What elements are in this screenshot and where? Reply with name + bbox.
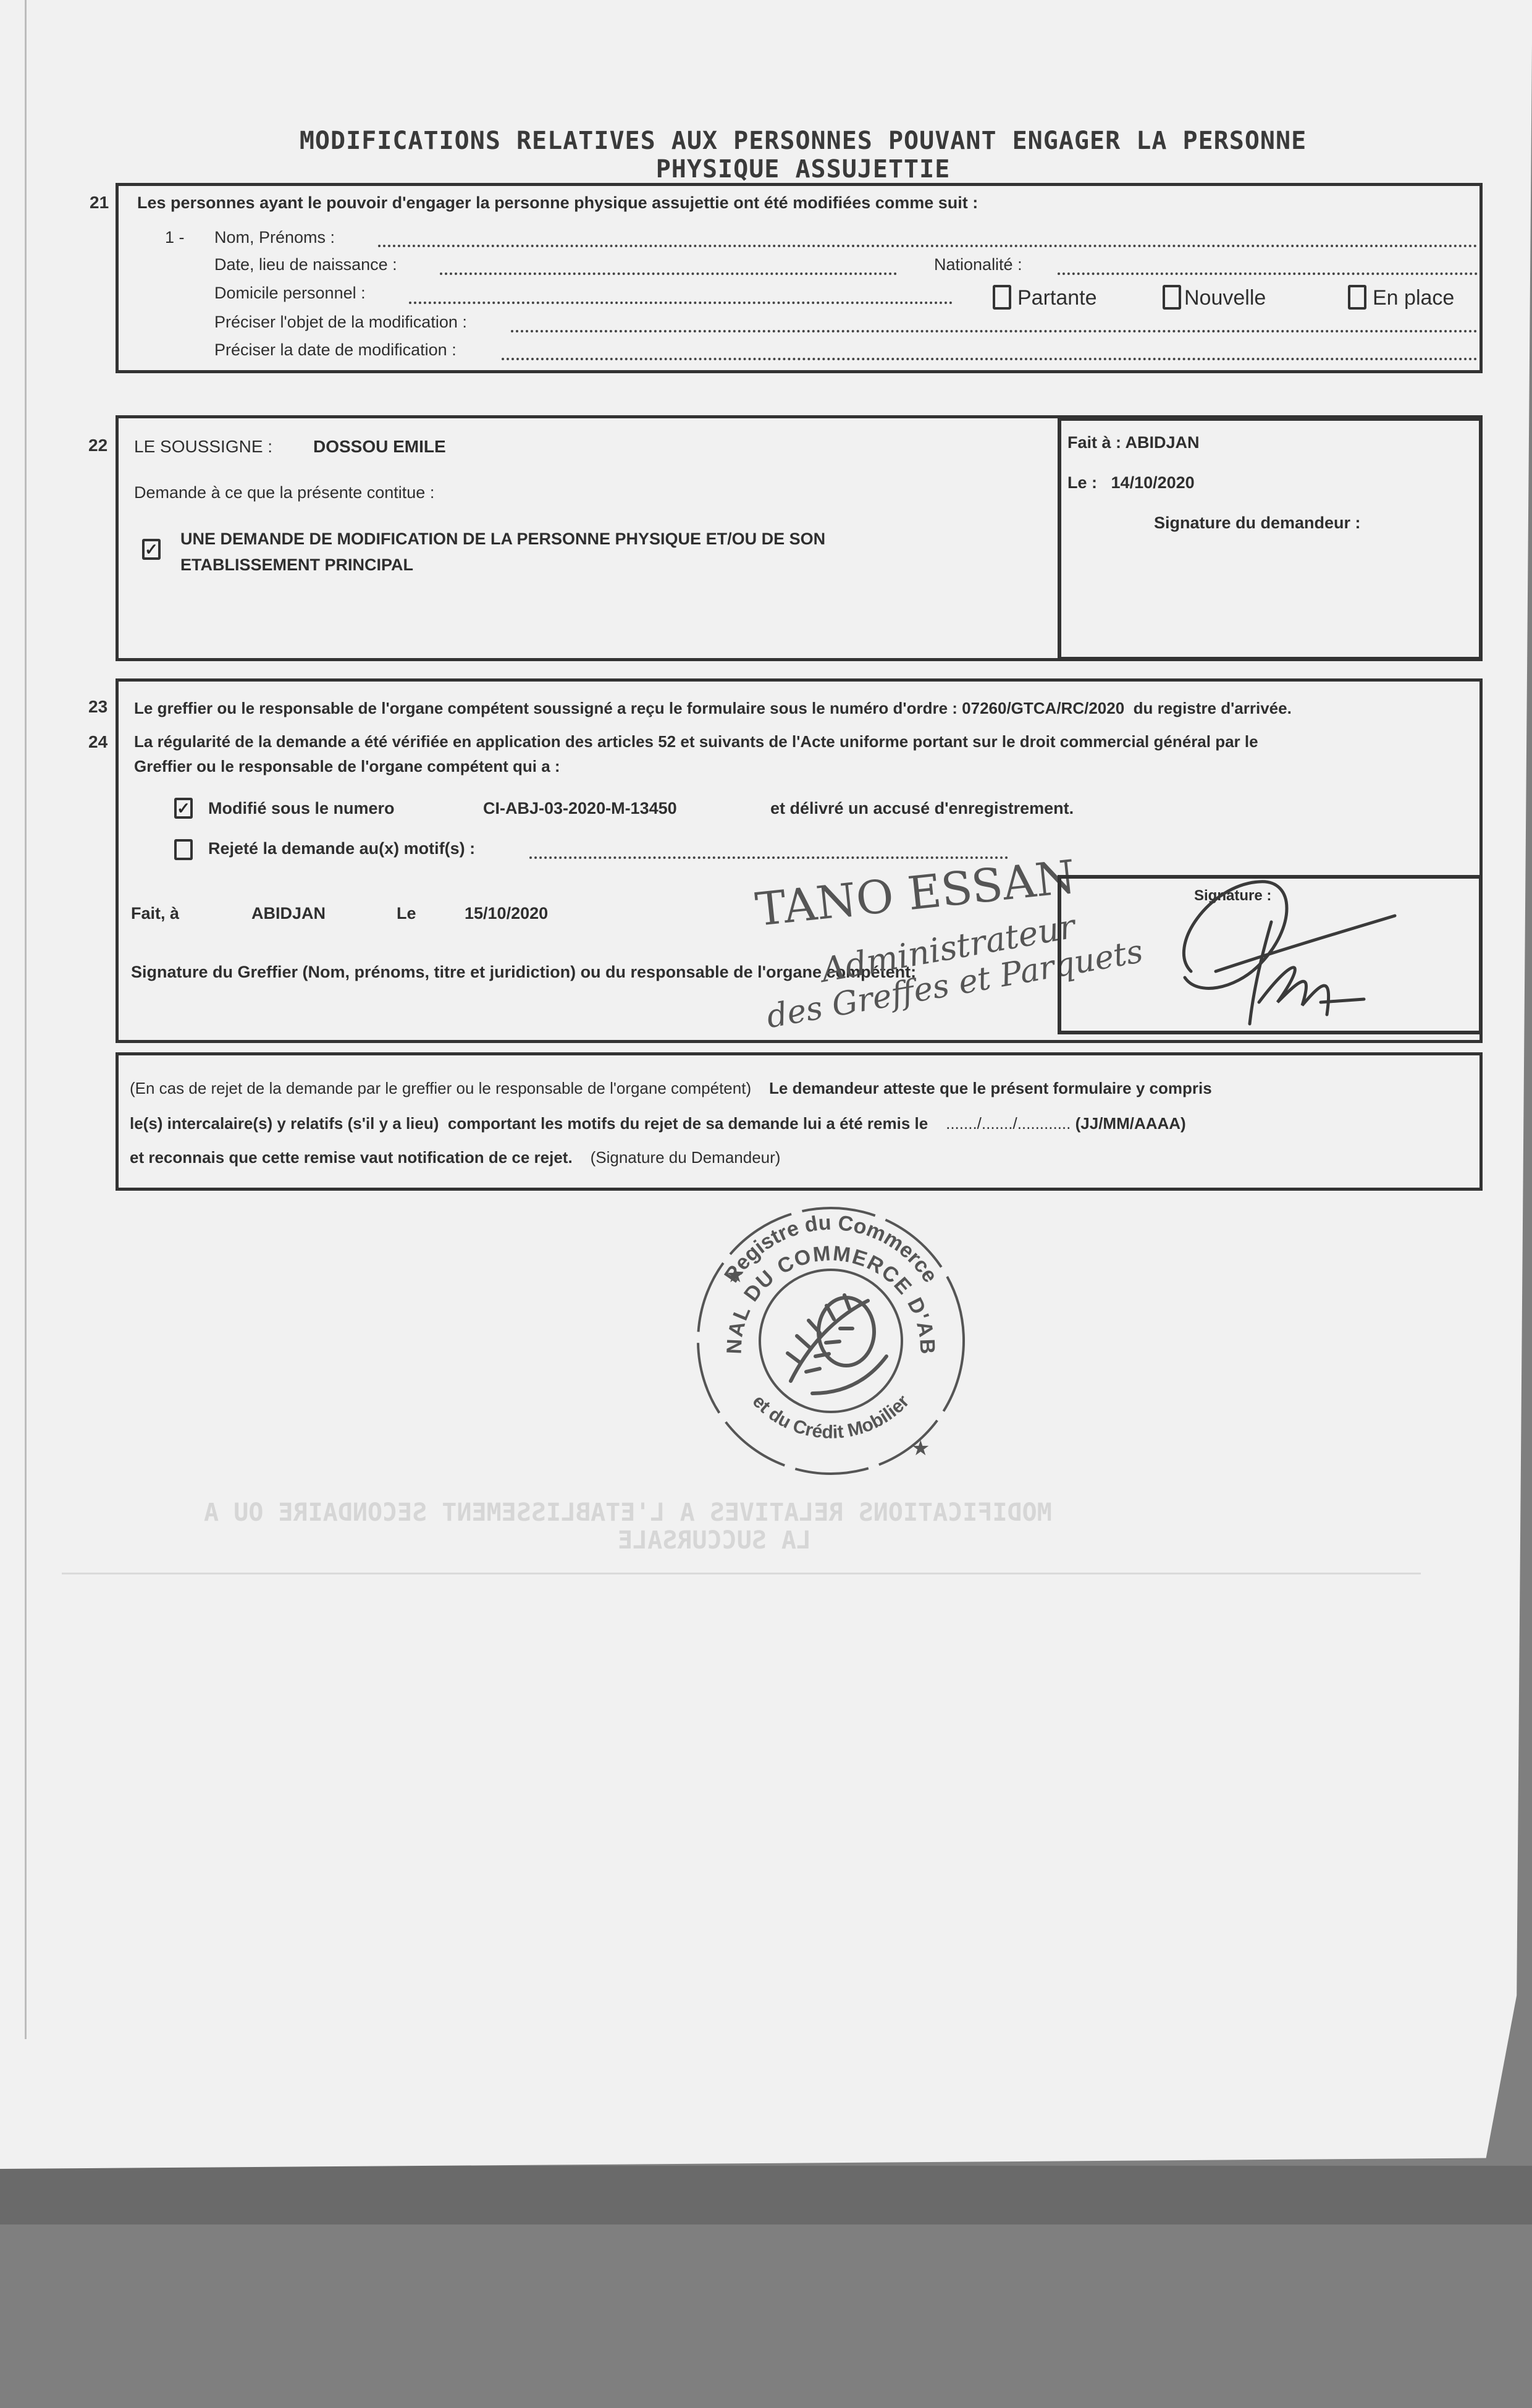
rejection-notification: et reconnais que cette remise vaut notif… (130, 1148, 573, 1167)
request-line-2: ETABLISSEMENT PRINCIPAL (180, 556, 413, 575)
domicile-field[interactable] (409, 302, 953, 304)
fait-a-greffier-value: ABIDJAN (251, 904, 326, 923)
official-stamp-icon: Registre du Commerce TRIBUNAL DU COMMERC… (683, 1196, 979, 1486)
rejection-date-field[interactable]: ......./......./............ (946, 1114, 1071, 1133)
label-date-modification: Préciser la date de modification : (214, 340, 457, 360)
label-le: Le : 14/10/2020 (1067, 473, 1195, 492)
demandeur-signature-box: Fait à : ABIDJAN Le : 14/10/2020 Signatu… (1058, 417, 1483, 661)
section-23-text-after: du registre d'arrivée. (1134, 699, 1292, 717)
label-en-place: En place (1373, 286, 1454, 310)
rejection-line-2: le(s) intercalaire(s) y relatifs (s'il y… (130, 1114, 1186, 1133)
label-nom-prenoms: Nom, Prénoms : (214, 228, 335, 247)
label-nationalite: Nationalité : (934, 255, 1022, 274)
rejection-motifs: comportant les motifs du rejet de sa dem… (448, 1114, 928, 1133)
label-nouvelle: Nouvelle (1184, 286, 1266, 310)
nom-prenoms-field[interactable] (378, 245, 1478, 247)
checkbox-en-place[interactable] (1348, 285, 1366, 310)
soussigne-value: DOSSOU EMILE (313, 437, 446, 457)
section-24-line-2: Greffier ou le responsable de l'organe c… (134, 757, 560, 776)
section-23-24-box: Le greffier ou le responsable de l'organ… (116, 678, 1483, 1043)
rejection-intercalaires: le(s) intercalaire(s) y relatifs (s'il y… (130, 1114, 439, 1133)
stamp-star-icon-2: ★ (911, 1437, 930, 1460)
label-modified: Modifié sous le numero (208, 799, 395, 818)
item-index: 1 - (165, 228, 185, 247)
rejection-notice-box: (En cas de rejet de la demande par le gr… (116, 1052, 1483, 1191)
page-title: MODIFICATIONS RELATIVES AUX PERSONNES PO… (154, 127, 1452, 184)
label-fait-a-greffier: Fait, à (131, 904, 179, 923)
rejection-reason-field[interactable] (529, 856, 1008, 859)
order-number: 07260/GTCA/RC/2020 (962, 699, 1124, 717)
le-greffier-value: 15/10/2020 (465, 904, 548, 923)
checkbox-rejected[interactable] (174, 839, 193, 860)
stamp-outer-bottom: et du Crédit Mobilier (749, 1391, 914, 1442)
date-modification-field[interactable] (502, 358, 1478, 360)
fait-a-label: Fait à : (1067, 433, 1121, 452)
greffier-signature-box: Signature : (1058, 875, 1483, 1034)
modified-suffix: et délivré un accusé d'enregistrement. (770, 799, 1074, 818)
rejection-signature-label: (Signature du Demandeur) (591, 1148, 781, 1167)
label-partante: Partante (1017, 286, 1097, 310)
request-line-1: UNE DEMANDE DE MODIFICATION DE LA PERSON… (180, 530, 825, 549)
section-number-22: 22 (88, 436, 107, 455)
checkbox-nouvelle[interactable] (1163, 285, 1181, 310)
label-objet-modification: Préciser l'objet de la modification : (214, 313, 467, 332)
title-line-1: MODIFICATIONS RELATIVES AUX PERSONNES PO… (154, 127, 1452, 155)
section-number-23: 23 (88, 697, 107, 717)
rejection-attestation: Le demandeur atteste que le présent form… (769, 1079, 1212, 1097)
section-22-box: LE SOUSSIGNE : DOSSOU EMILE Demande à ce… (116, 415, 1483, 661)
objet-modification-field[interactable] (511, 330, 1478, 332)
fait-a-value: ABIDJAN (1126, 433, 1200, 452)
section-23-text: Le greffier ou le responsable de l'organ… (134, 699, 1292, 718)
section-24-line-1: La régularité de la demande a été vérifi… (134, 732, 1258, 751)
label-signature-greffier: Signature du Greffier (Nom, prénoms, tit… (131, 963, 916, 982)
section-21-box: Les personnes ayant le pouvoir d'engager… (116, 183, 1483, 373)
title-line-2: PHYSIQUE ASSUJETTIE (154, 155, 1452, 184)
date-lieu-naissance-field[interactable] (440, 272, 897, 275)
rejection-line-3: et reconnais que cette remise vaut notif… (130, 1148, 780, 1167)
section-number-24: 24 (88, 732, 107, 752)
rejection-date-format: (JJ/MM/AAAA) (1075, 1114, 1186, 1133)
rejection-line-1: (En cas de rejet de la demande par le gr… (130, 1079, 1212, 1098)
label-rejected: Rejeté la demande au(x) motif(s) : (208, 839, 475, 858)
handwritten-signature-icon (1074, 879, 1444, 1033)
checkbox-modified[interactable]: ✓ (174, 798, 193, 819)
nationalite-field[interactable] (1058, 272, 1478, 275)
scanner-bed (0, 2166, 1532, 2224)
label-fait-a: Fait à : ABIDJAN (1067, 433, 1200, 452)
label-le-greffier: Le (397, 904, 416, 923)
label-demande: Demande à ce que la présente contitue : (134, 483, 434, 502)
bleed-through-rule (62, 1573, 1421, 1574)
page-edge-shadow (25, 0, 27, 2039)
modified-number: CI-ABJ-03-2020-M-13450 (483, 799, 677, 818)
label-soussigne: LE SOUSSIGNE : (134, 437, 272, 457)
document-page: MODIFICATIONS RELATIVES A L'ETABLISSEMEN… (0, 0, 1532, 2169)
label-domicile: Domicile personnel : (214, 284, 366, 303)
section-21-intro: Les personnes ayant le pouvoir d'engager… (137, 193, 978, 213)
le-label: Le : (1067, 473, 1097, 492)
section-23-text-before: Le greffier ou le responsable de l'organ… (134, 699, 958, 717)
checkbox-request[interactable]: ✓ (142, 539, 161, 560)
bleed-through-heading-2: LA SUCCURSALE (618, 1526, 811, 1555)
label-signature-demandeur: Signature du demandeur : (1154, 513, 1361, 533)
label-date-lieu-naissance: Date, lieu de naissance : (214, 255, 397, 274)
stamp-star-icon: ★ (726, 1264, 744, 1287)
le-value: 14/10/2020 (1111, 473, 1195, 492)
svg-text:et du Crédit Mobilier: et du Crédit Mobilier (749, 1391, 914, 1442)
bleed-through-heading: MODIFICATIONS RELATIVES A L'ETABLISSEMEN… (204, 1498, 1052, 1527)
section-number-21: 21 (90, 193, 109, 213)
rejection-intro: (En cas de rejet de la demande par le gr… (130, 1079, 751, 1097)
checkbox-partante[interactable] (993, 285, 1011, 310)
